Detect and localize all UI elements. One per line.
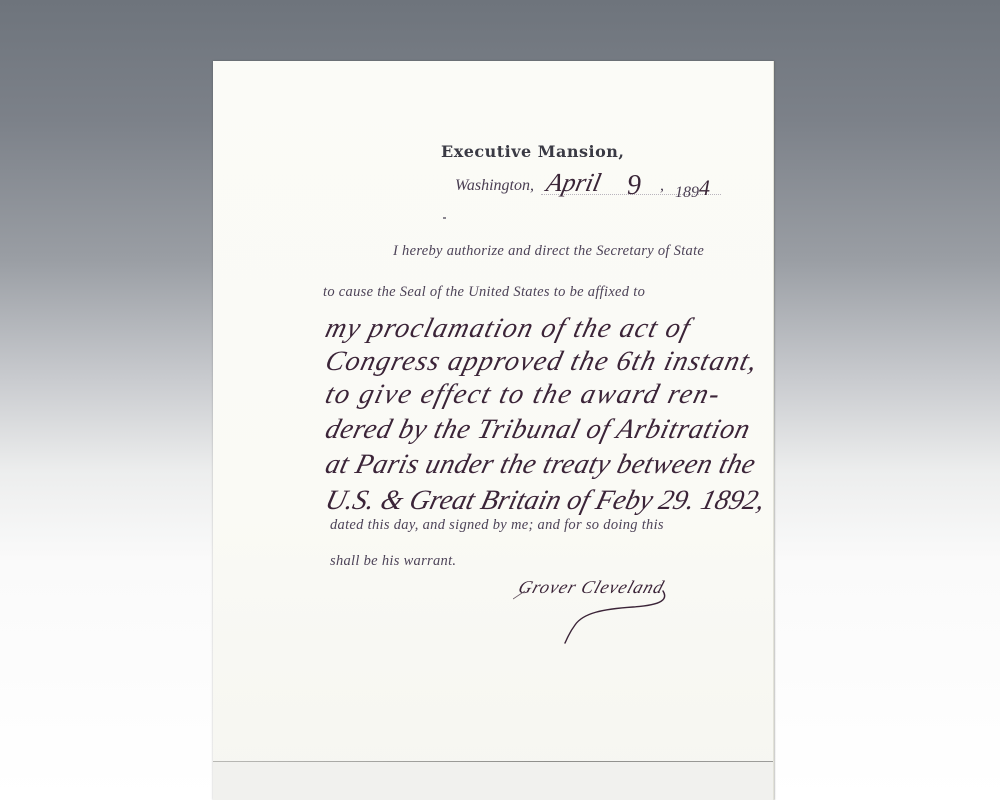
letterhead-title: Executive Mansion, (441, 142, 624, 161)
shelf-surface (213, 762, 773, 800)
dateline-place: Washington, (455, 177, 534, 195)
signature: Grover Cleveland (513, 577, 683, 657)
dateline: Washington, April 9 , 1894 (455, 168, 735, 208)
dateline-year-printed: 189 (675, 184, 699, 201)
handwritten-line-6: U.S. & Great Britain of Feby 29. 1892, (322, 485, 768, 517)
printed-line-1: I hereby authorize and direct the Secret… (393, 243, 704, 260)
signature-flourish-icon (513, 577, 683, 657)
dateline-day: 9 (627, 170, 641, 202)
printed-line-2: to cause the Seal of the United States t… (323, 284, 645, 301)
dateline-month: April (544, 168, 604, 198)
dateline-year-handwritten: 4 (699, 175, 710, 200)
printed-line-4: shall be his warrant. (330, 553, 456, 570)
handwritten-line-3: to give effect to the award ren- (322, 379, 724, 411)
handwritten-line-2: Congress approved the 6th instant, (322, 346, 761, 378)
printed-line-3: dated this day, and signed by me; and fo… (330, 517, 664, 534)
dateline-comma: , (660, 177, 664, 195)
document-paper: Executive Mansion, Washington, April 9 ,… (213, 61, 774, 800)
ink-speck (443, 217, 446, 219)
dateline-year: 1894 (675, 177, 710, 203)
handwritten-line-1: my proclamation of the act of (322, 313, 694, 345)
handwritten-line-4: dered by the Tribunal of Arbitration (322, 414, 754, 446)
handwritten-line-5: at Paris under the treaty between the (322, 449, 759, 481)
